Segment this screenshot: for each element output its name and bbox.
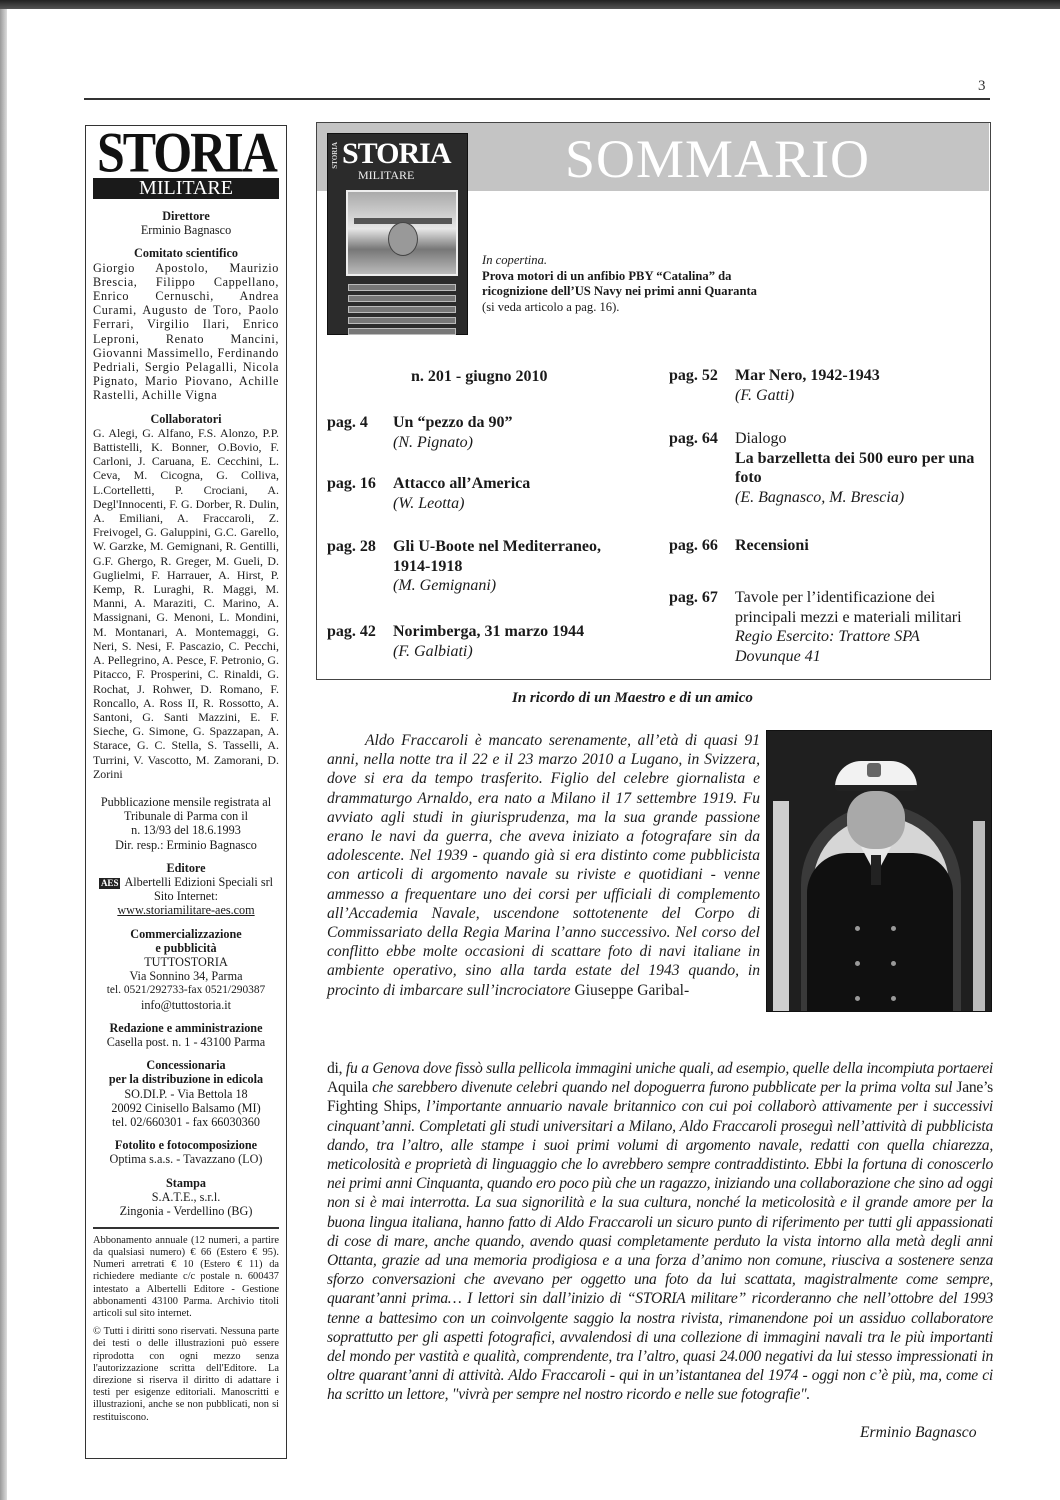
comitato-heading: Comitato scientifico xyxy=(93,246,279,260)
toc-page: pag. 16 xyxy=(327,474,393,513)
toc-body: Dialogo La barzelletta dei 500 euro per … xyxy=(735,429,975,507)
cover-headline-bar xyxy=(348,306,456,313)
email-link[interactable]: info@tuttostoria.it xyxy=(93,998,279,1012)
sommario-box: SOMMARIO STORIA STORIA MILITARE In coper… xyxy=(316,122,991,680)
registrazione-line: Tribunale di Parma con il xyxy=(93,809,279,823)
comitato-names: Giorgio Apostolo, Maurizio Brescia, Fili… xyxy=(93,261,279,403)
commercializzazione-heading: Commercializzazione xyxy=(93,927,279,941)
cap-badge-icon xyxy=(867,763,881,777)
toc-entry[interactable]: pag. 66 Recensioni xyxy=(669,536,985,556)
concessionaria-section: Concessionaria per la distribuzione in e… xyxy=(93,1058,279,1129)
logo-storia: STORIA xyxy=(93,128,279,176)
storia-militare-logo: STORIA MILITARE xyxy=(93,134,279,199)
toc-entry[interactable]: pag. 4 Un “pezzo da 90” (N. Pignato) xyxy=(327,413,643,452)
jacket-button xyxy=(855,996,860,1001)
toc-subtitle: Regio Esercito: Trattore SPA Dovunque 41 xyxy=(735,627,985,666)
issue-number: n. 201 - giugno 2010 xyxy=(411,368,547,386)
jacket-button xyxy=(891,926,896,931)
toc-entry[interactable]: pag. 16 Attacco all’America (W. Leotta) xyxy=(327,474,643,513)
concessionaria-heading: per la distribuzione in edicola xyxy=(93,1072,279,1086)
toc-author: (E. Bagnasco, M. Brescia) xyxy=(735,488,975,508)
registrazione-line: Dir. resp.: Erminio Bagnasco xyxy=(93,838,279,852)
portrait-photo xyxy=(766,730,992,1012)
article-text: , l’importante annuario navale britannic… xyxy=(327,1098,993,1403)
ship-name: Giuseppe Garibal- xyxy=(574,982,689,999)
cover-logo-militare: MILITARE xyxy=(358,168,414,183)
toc-page: pag. 67 xyxy=(669,588,735,666)
ship-name: Aquila xyxy=(327,1079,368,1096)
editore-line: AESAlbertelli Edizioni Speciali srl xyxy=(93,875,279,889)
commercializzazione-section: Commercializzazione e pubblicità TUTTOST… xyxy=(93,927,279,1012)
officer-tie xyxy=(871,855,881,885)
aes-logo-icon: AES xyxy=(99,878,121,889)
page-number: 3 xyxy=(978,78,986,95)
redazione-heading: Redazione e amministrazione xyxy=(93,1021,279,1035)
direttore-section: Direttore Erminio Bagnasco xyxy=(93,209,279,237)
stampa-heading: Stampa xyxy=(93,1176,279,1190)
jacket-button xyxy=(855,926,860,931)
jacket-button xyxy=(891,961,896,966)
jacket-button xyxy=(891,996,896,1001)
abbonamento-text: Abbonamento annuale (12 numeri, a partir… xyxy=(93,1235,279,1320)
comitato-section: Comitato scientifico Giorgio Apostolo, M… xyxy=(93,246,279,402)
cover-caption-bold: Prova motori di un anfibio PBY “Catalina… xyxy=(482,269,757,299)
article-text: fu a Genova dove fissò sulla pellicola i… xyxy=(342,1060,993,1077)
toc-entry[interactable]: pag. 52 Mar Nero, 1942-1943 (F. Gatti) xyxy=(669,366,985,405)
collaboratori-section: Collaboratori G. Alegi, G. Alfano, F.S. … xyxy=(93,412,279,781)
toc-page: pag. 28 xyxy=(327,537,393,596)
editore-section: Editore AESAlbertelli Edizioni Speciali … xyxy=(93,861,279,918)
article-paragraph-narrow: Aldo Fraccaroli è mancato serenamente, a… xyxy=(327,731,760,1000)
cover-headline-bar xyxy=(348,295,456,302)
concessionaria-line: SO.DI.P. - Via Bettola 18 xyxy=(93,1087,279,1101)
fotolito-line: Optima s.a.s. - Tavazzano (LO) xyxy=(93,1152,279,1166)
cover-caption: In copertina. Prova motori di un anfibio… xyxy=(482,253,767,315)
editore-name: Albertelli Edizioni Speciali srl xyxy=(124,875,273,889)
toc-title: Attacco all’America xyxy=(393,474,643,494)
toc-body: Mar Nero, 1942-1943 (F. Gatti) xyxy=(735,366,985,405)
registrazione-section: Pubblicazione mensile registrata al Trib… xyxy=(93,795,279,852)
toc-author: (N. Pignato) xyxy=(393,433,643,453)
toc-title: Gli U-Boote nel Mediterraneo, 1914-1918 xyxy=(393,537,633,576)
cover-headline-bar xyxy=(348,284,456,291)
scan-edge-top xyxy=(0,0,1060,9)
commercializzazione-line: TUTTOSTORIA xyxy=(93,955,279,969)
masthead-divider xyxy=(93,1227,279,1229)
cover-logo-storia: STORIA xyxy=(342,140,451,168)
scan-edge-left xyxy=(0,9,7,1500)
toc-entry[interactable]: pag. 42 Norimberga, 31 marzo 1944 (F. Ga… xyxy=(327,622,643,661)
site-link[interactable]: www.storiamilitare-aes.com xyxy=(93,903,279,917)
copyright-text: © Tutti i diritti sono riservati. Nessun… xyxy=(93,1326,279,1424)
toc-page: pag. 4 xyxy=(327,413,393,452)
cover-caption-tail: (si veda articolo a pag. 16). xyxy=(482,300,619,314)
toc-title: Un “pezzo da 90” xyxy=(393,413,643,433)
direttore-heading: Direttore xyxy=(93,209,279,223)
plane-body-shape xyxy=(388,222,418,256)
toc-title: Recensioni xyxy=(735,536,985,556)
fotolito-section: Fotolito e fotocomposizione Optima s.a.s… xyxy=(93,1138,279,1166)
toc-entry[interactable]: pag. 64 Dialogo La barzelletta dei 500 e… xyxy=(669,429,975,507)
registrazione-line: n. 13/93 del 18.6.1993 xyxy=(93,823,279,837)
photo-pillar-right xyxy=(973,821,985,1012)
toc-author: (M. Gemignani) xyxy=(393,576,633,596)
direttore-name: Erminio Bagnasco xyxy=(93,223,279,237)
toc-author: (F. Gatti) xyxy=(735,386,985,406)
article-text: Aldo Fraccaroli è mancato serenamente, a… xyxy=(327,732,760,999)
cover-thumbnail[interactable]: STORIA STORIA MILITARE xyxy=(327,133,468,335)
photo-pillar-left xyxy=(773,801,789,1012)
toc-body: Tavole per l’identificazione dei princip… xyxy=(735,588,985,666)
toc-page: pag. 66 xyxy=(669,536,735,556)
concessionaria-heading: Concessionaria xyxy=(93,1058,279,1072)
collaboratori-heading: Collaboratori xyxy=(93,412,279,426)
toc-page: pag. 52 xyxy=(669,366,735,405)
toc-body: Gli U-Boote nel Mediterraneo, 1914-1918 … xyxy=(393,537,633,596)
ship-name: di, xyxy=(327,1060,342,1077)
toc-entry[interactable]: pag. 67 Tavole per l’identificazione dei… xyxy=(669,588,985,666)
toc-page: pag. 64 xyxy=(669,429,735,507)
article-signature: Erminio Bagnasco xyxy=(860,1424,977,1442)
redazione-section: Redazione e amministrazione Casella post… xyxy=(93,1021,279,1049)
concessionaria-line: tel. 02/660301 - fax 66030360 xyxy=(93,1115,279,1129)
commercializzazione-line: Via Sonnino 34, Parma xyxy=(93,969,279,983)
toc-author: (W. Leotta) xyxy=(393,494,643,514)
stampa-line: S.A.T.E., s.r.l. xyxy=(93,1190,279,1204)
masthead-column: STORIA MILITARE Direttore Erminio Bagnas… xyxy=(85,125,287,1459)
sommario-title: SOMMARIO xyxy=(565,131,870,187)
collaboratori-names: G. Alegi, G. Alfano, F.S. Alonzo, P.P. B… xyxy=(93,426,279,781)
cover-spine: STORIA xyxy=(331,142,339,169)
toc-author: (F. Galbiati) xyxy=(393,642,643,662)
site-label: Sito Internet: xyxy=(93,889,279,903)
header-rule xyxy=(84,98,990,100)
toc-kicker: Dialogo xyxy=(735,429,975,449)
toc-description: Tavole per l’identificazione dei princip… xyxy=(735,588,985,627)
commercializzazione-line: tel. 0521/292733-fax 0521/290387 xyxy=(93,983,279,997)
article-heading: In ricordo di un Maestro e di un amico xyxy=(512,690,753,707)
toc-page: pag. 42 xyxy=(327,622,393,661)
cover-headline-bar xyxy=(348,317,456,324)
stampa-section: Stampa S.A.T.E., s.r.l. Zingonia - Verde… xyxy=(93,1176,279,1219)
toc-entry[interactable]: pag. 28 Gli U-Boote nel Mediterraneo, 19… xyxy=(327,537,633,596)
toc-body: Recensioni xyxy=(735,536,985,556)
registrazione-line: Pubblicazione mensile registrata al xyxy=(93,795,279,809)
editore-heading: Editore xyxy=(93,861,279,875)
officer-face xyxy=(847,791,905,849)
concessionaria-line: 20092 Cinisello Balsamo (MI) xyxy=(93,1101,279,1115)
cover-headlines xyxy=(348,284,456,339)
toc-title: Mar Nero, 1942-1943 xyxy=(735,366,985,386)
toc-title: La barzelletta dei 500 euro per una foto xyxy=(735,449,975,488)
article-paragraph-wide: di, fu a Genova dove fissò sulla pellico… xyxy=(327,1059,993,1405)
toc-body: Norimberga, 31 marzo 1944 (F. Galbiati) xyxy=(393,622,643,661)
article-text: che sarebbero divenute celebri quando ne… xyxy=(368,1079,956,1096)
redazione-line: Casella post. n. 1 - 43100 Parma xyxy=(93,1035,279,1049)
cover-headline-bar xyxy=(348,328,456,335)
jacket-button xyxy=(855,961,860,966)
cover-caption-intro: In copertina. xyxy=(482,253,767,269)
cover-plane-photo xyxy=(346,190,458,276)
toc-body: Un “pezzo da 90” (N. Pignato) xyxy=(393,413,643,452)
commercializzazione-heading: e pubblicità xyxy=(93,941,279,955)
fotolito-heading: Fotolito e fotocomposizione xyxy=(93,1138,279,1152)
toc-body: Attacco all’America (W. Leotta) xyxy=(393,474,643,513)
toc-title: Norimberga, 31 marzo 1944 xyxy=(393,622,643,642)
stampa-line: Zingonia - Verdellino (BG) xyxy=(93,1204,279,1218)
